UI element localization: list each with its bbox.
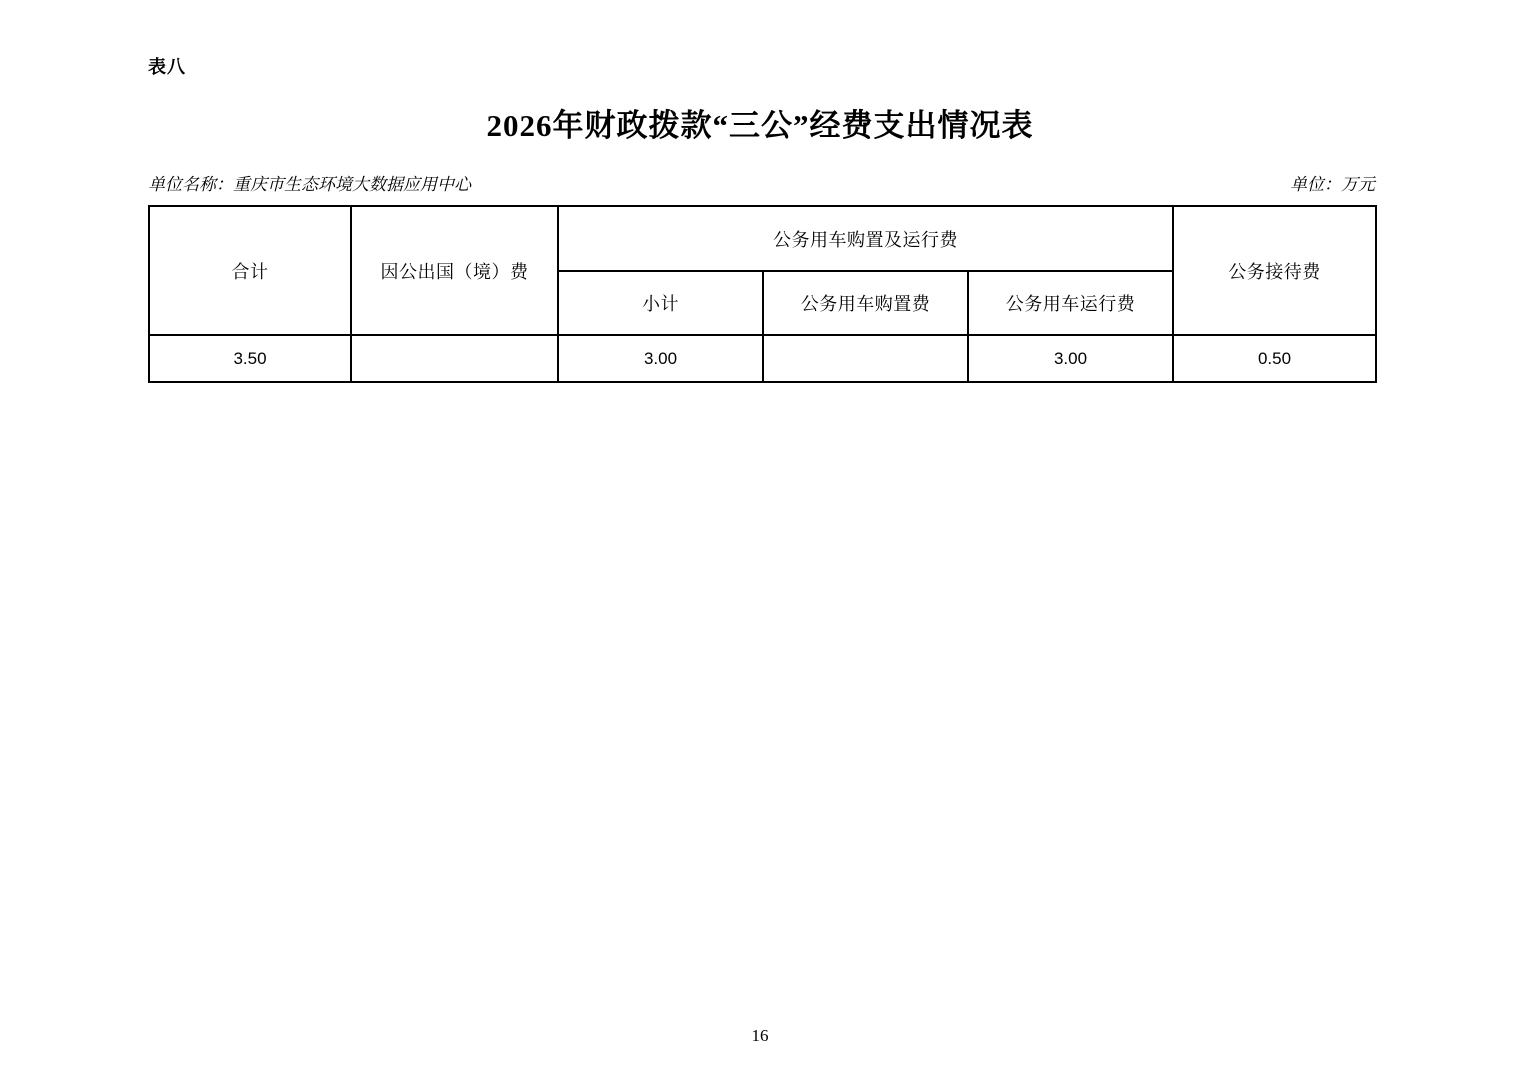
cell-vehicle-operation-fee: 3.00 [968, 335, 1173, 382]
unit-name-label: 单位名称：重庆市生态环境大数据应用中心 [148, 170, 471, 195]
cell-reception-fee: 0.50 [1173, 335, 1376, 382]
page-title: 2026年财政拨款“三公”经费支出情况表 [0, 100, 1520, 145]
expenses-table: 合计 因公出国（境）费 公务用车购置及运行费 公务接待费 小计 公务用车购置费 … [148, 205, 1377, 383]
header-vehicle-operation-fee: 公务用车运行费 [968, 271, 1173, 335]
cell-vehicle-purchase-fee [763, 335, 968, 382]
header-vehicle-purchase-fee: 公务用车购置费 [763, 271, 968, 335]
cell-vehicle-subtotal: 3.00 [558, 335, 763, 382]
cell-total: 3.50 [149, 335, 351, 382]
cell-abroad-fee [351, 335, 558, 382]
header-total: 合计 [149, 206, 351, 335]
data-row: 3.50 3.00 3.00 0.50 [149, 335, 1376, 382]
unit-of-measure-label: 单位：万元 [1290, 170, 1375, 195]
header-vehicle-group: 公务用车购置及运行费 [558, 206, 1173, 271]
header-reception-fee: 公务接待费 [1173, 206, 1376, 335]
page-number: 16 [0, 1026, 1520, 1046]
table-meta-row: 单位名称：重庆市生态环境大数据应用中心 单位：万元 [148, 170, 1375, 195]
table-number-label: 表八 [148, 53, 186, 79]
header-row-1: 合计 因公出国（境）费 公务用车购置及运行费 公务接待费 [149, 206, 1376, 271]
document-page: 表八 2026年财政拨款“三公”经费支出情况表 单位名称：重庆市生态环境大数据应… [0, 0, 1520, 1074]
header-abroad-fee: 因公出国（境）费 [351, 206, 558, 335]
header-vehicle-subtotal: 小计 [558, 271, 763, 335]
